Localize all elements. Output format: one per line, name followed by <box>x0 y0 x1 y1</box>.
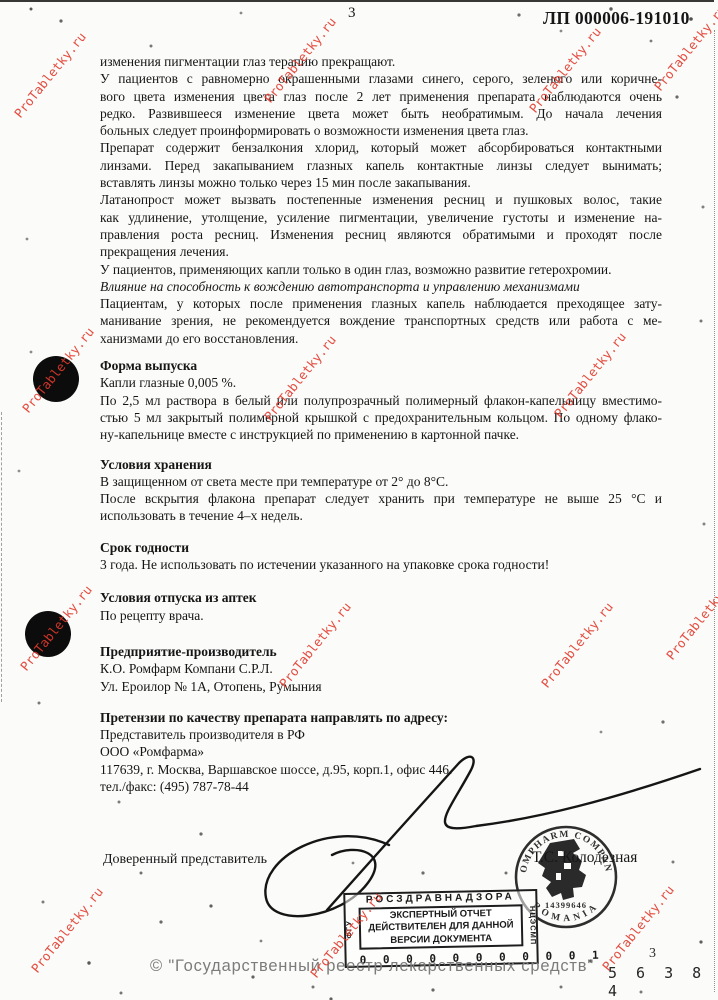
document-body: изменения пигментации глаз терапию прекр… <box>100 53 662 795</box>
body-line: Ул. Ероилор № 1А, Отопень, Румыния <box>100 678 662 695</box>
registration-number: ЛП 000006-191010 <box>543 8 690 29</box>
section-heading: Условия хранения <box>100 456 662 473</box>
watermark: ProTabletky.ru <box>11 29 89 120</box>
body-line: Препарат содержит бензалкония хлорид, ко… <box>100 139 662 156</box>
body-line: У пациентов, применяющих капли только в … <box>100 261 662 278</box>
watermark: ProTabletky.ru <box>19 324 97 415</box>
body-line: прекращения лечения. <box>100 243 662 260</box>
section-heading: Форма выпуска <box>100 357 662 374</box>
watermark: ProTabletky.ru <box>663 571 718 662</box>
body-line: редко. Развившееся изменение цвета может… <box>100 105 662 122</box>
body-line: вого цвета изменения цвета глаз после 2 … <box>100 88 662 105</box>
body-line: ханизмами до его восстановления. <box>100 330 662 347</box>
body-line: К.О. Ромфарм Компани С.Р.Л. <box>100 660 662 677</box>
scan-edge-left <box>1 412 2 702</box>
approval-stamp-right-vertical: НЦЭСМП <box>528 903 538 947</box>
body-line: Пациентам, у которых после применения гл… <box>100 295 662 312</box>
section-heading: Срок годности <box>100 539 662 556</box>
stamp-number: 14399646 <box>545 900 587 910</box>
footer-copyright: © "Государственный реестр лекарственных … <box>150 957 594 976</box>
body-line: После вскрытия флакона препарат следует … <box>100 490 662 507</box>
body-line: использовать в течение 4–х недель. <box>100 507 662 524</box>
signer-name: Т.С. Колодезная <box>532 849 637 867</box>
body-line: 3 года. Не использовать по истечении ука… <box>100 556 662 573</box>
body-line: больных следует проинформировать о возмо… <box>100 122 662 139</box>
document-section: Условия храненияВ защищенном от света ме… <box>100 456 662 525</box>
body-line: правления роста ресниц. Изменения ресниц… <box>100 226 662 243</box>
document-section: изменения пигментации глаз терапию прекр… <box>100 53 662 347</box>
body-line: как удлинение, утолщение, усиление пигме… <box>100 209 662 226</box>
body-line: ну-капельнице вместе с инструкцией по пр… <box>100 426 662 443</box>
body-line: линзами. Перед закапыванием глазных капе… <box>100 157 662 174</box>
document-section: Срок годности3 года. Не использовать по … <box>100 539 662 574</box>
scanned-document-page: 3 ЛП 000006-191010 изменения пигментации… <box>0 0 718 1000</box>
body-line: стью 5 мл закрытый полимерной крышкой с … <box>100 409 662 426</box>
corner-page-mark: 3 <box>649 946 656 962</box>
scan-edge-top <box>0 0 714 2</box>
body-line: В защищенном от света месте при температ… <box>100 473 662 490</box>
approval-stamp-inner-box: ЭКСПЕРТНЫЙ ОТЧЕТ ДЕЙСТВИТЕЛЕН ДЛЯ ДАННОЙ… <box>359 904 524 949</box>
document-code: 5 6 3 8 4 <box>608 964 718 1000</box>
body-line: По рецепту врача. <box>100 607 662 624</box>
body-line: Влияние на способность к вождению автотр… <box>100 278 662 295</box>
watermark: ProTabletky.ru <box>28 884 106 975</box>
document-section: Условия отпуска из аптекПо рецепту врача… <box>100 589 662 624</box>
body-line: Латанопрост может вызвать постепенные из… <box>100 191 662 208</box>
section-heading: Претензии по качеству препарата направля… <box>100 709 662 726</box>
body-line: У пациентов с равномерно окрашенными гла… <box>100 70 662 87</box>
scan-noise <box>0 0 2 2</box>
page-number: 3 <box>348 5 356 22</box>
section-heading: Условия отпуска из аптек <box>100 589 662 606</box>
body-line: вставлять линзы можно только через 15 ми… <box>100 174 662 191</box>
body-line: манивание зрения, не рекомендуется вожде… <box>100 312 662 329</box>
